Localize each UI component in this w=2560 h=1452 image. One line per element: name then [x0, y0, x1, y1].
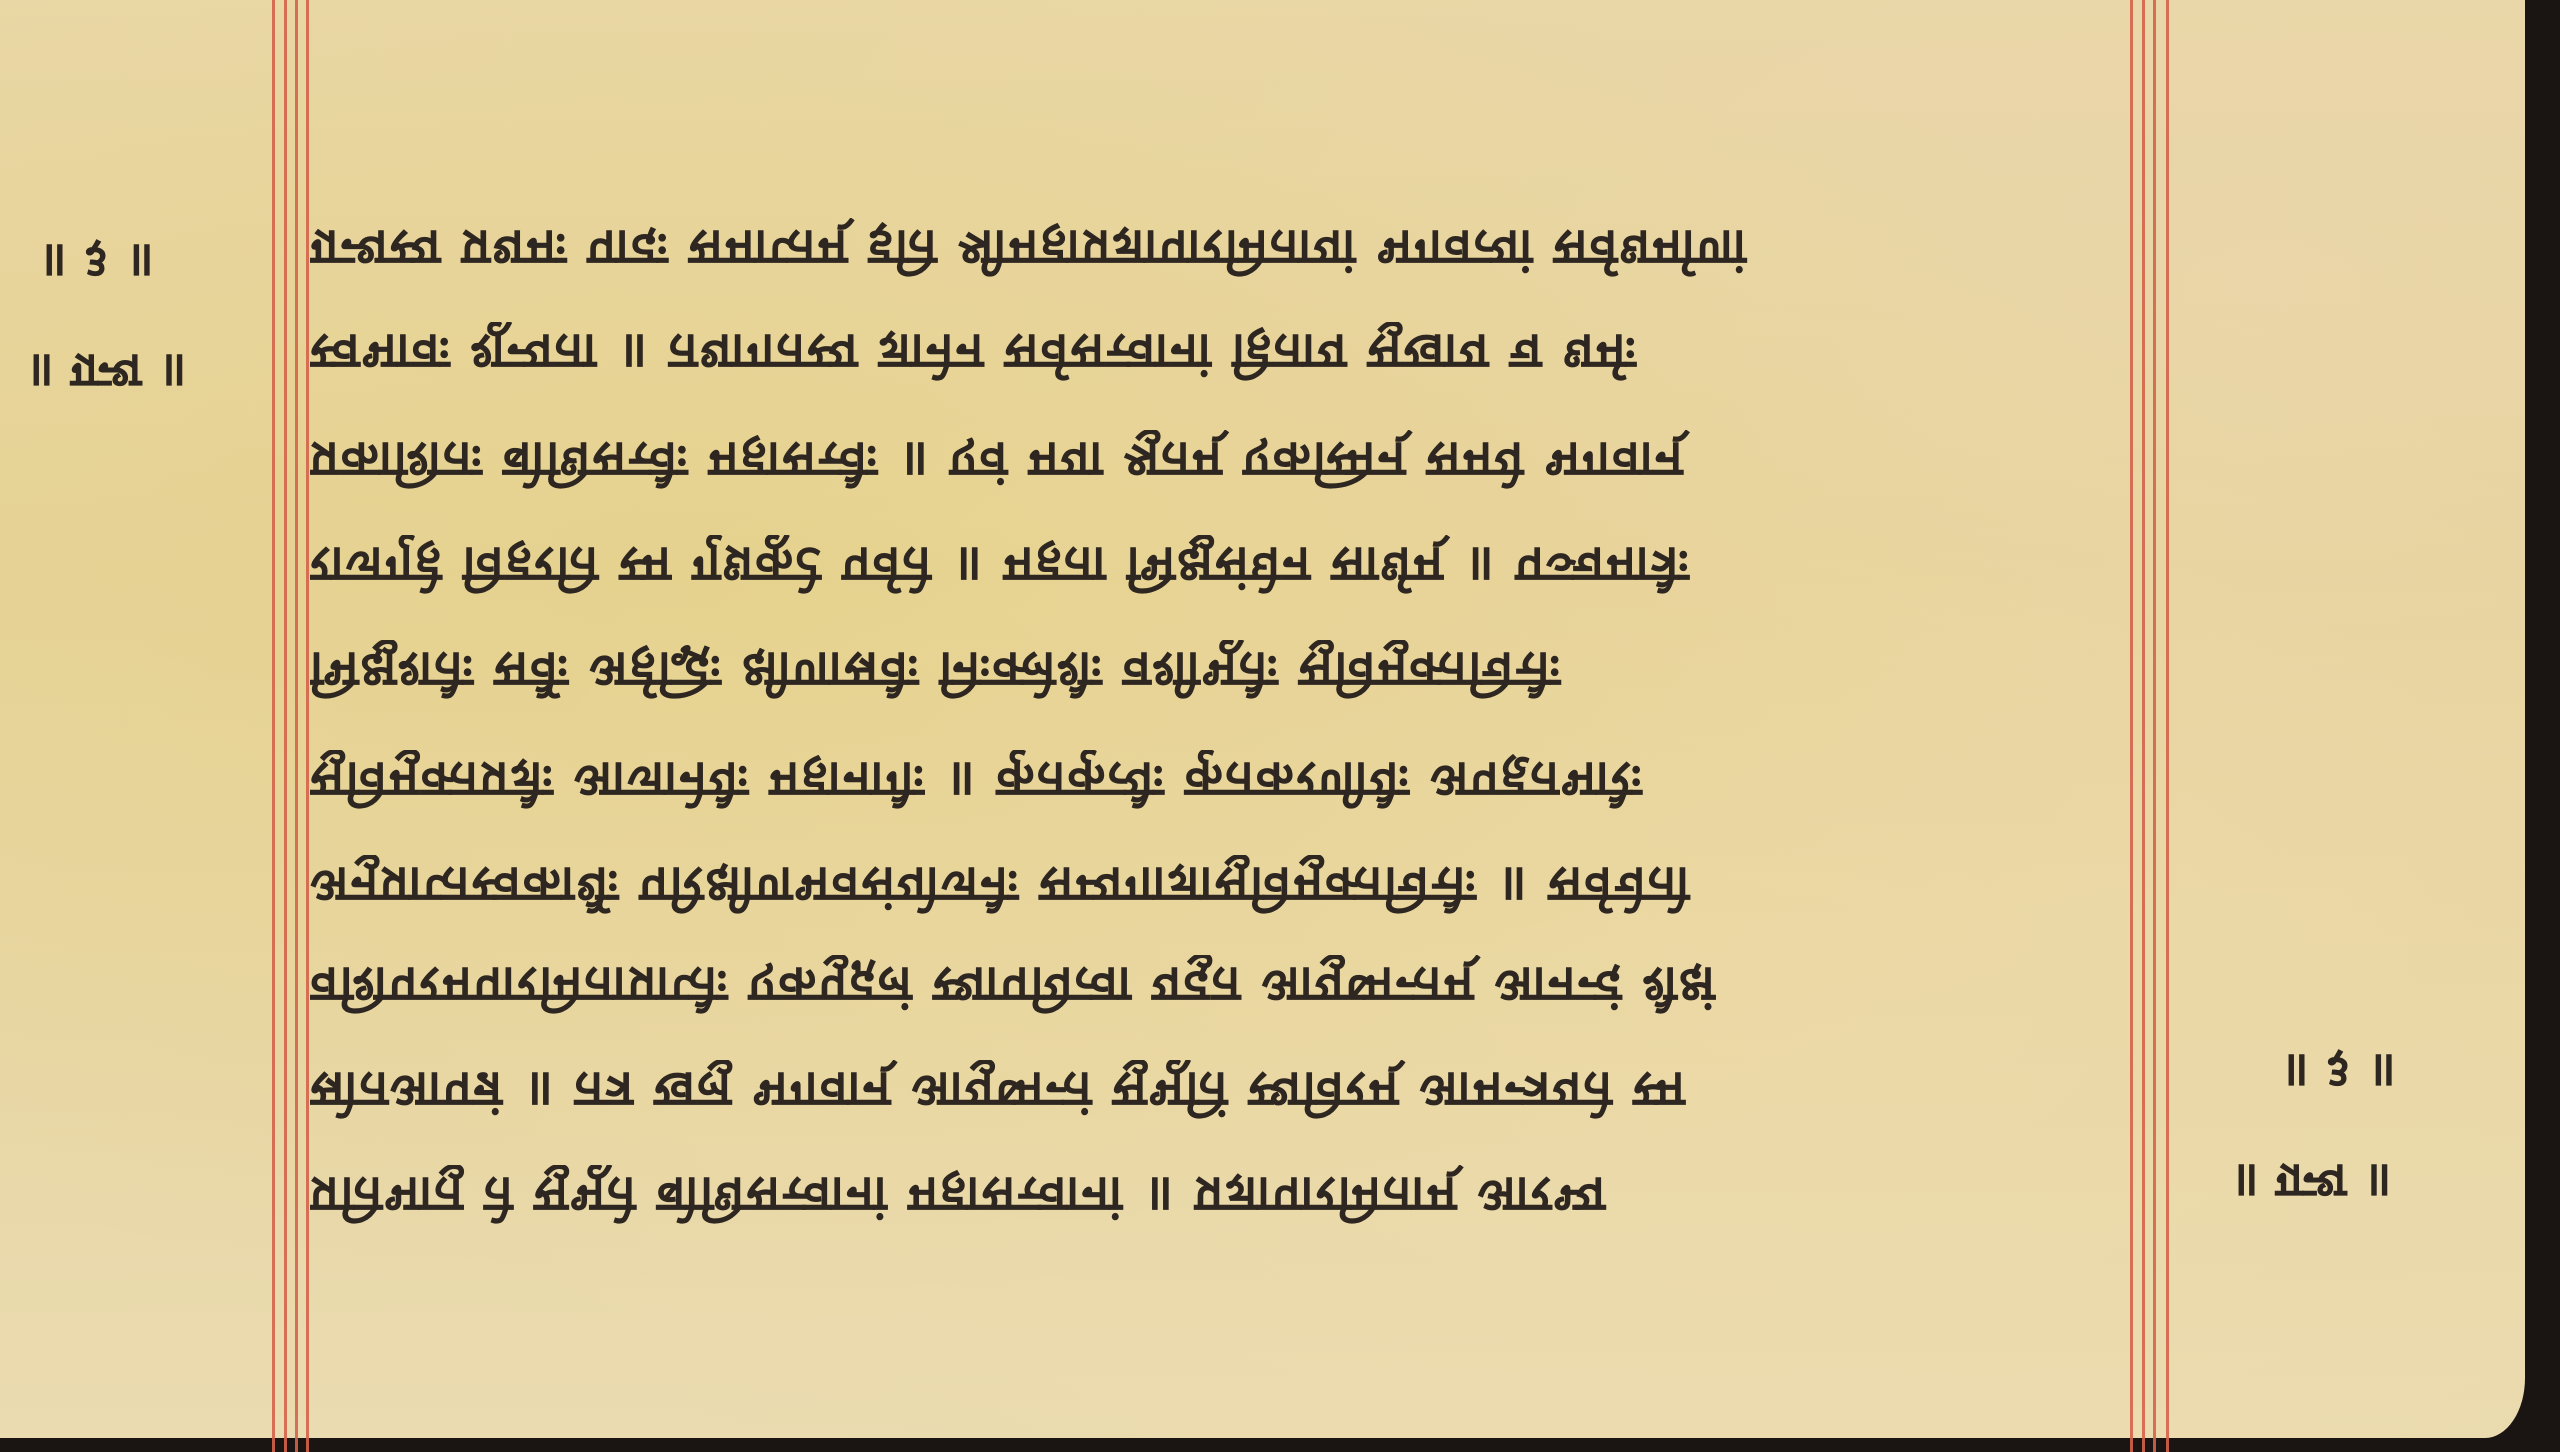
- right-rule-line: [2153, 0, 2156, 1452]
- right-rule-line: [2166, 0, 2169, 1452]
- text-line-2: स्वभावः शून्यता ॥ तथागतस्य ज्ञानेन सर्वस…: [310, 322, 2125, 382]
- left-rule-line: [272, 0, 275, 1452]
- right-margin-folio-number: ॥ ३ ॥: [2280, 1040, 2396, 1105]
- text-line-3: प्रकाशितः बोधिसत्त्वैः महासत्त्वैः ॥ एवं…: [310, 430, 2125, 490]
- left-margin-folio-number: ॥ ३ ॥: [38, 230, 154, 295]
- left-rule-line: [295, 0, 298, 1452]
- text-line-1: ग्रन्थस्य प्रथमः पादः समाप्तम् इति श्रीम…: [310, 218, 2125, 278]
- text-line-9: स्रोतआपन्नं ॥ तत्र खलु भगवान् आयुष्मन्तं…: [310, 1060, 2125, 1120]
- left-margin-title: ॥ ग्रन्थ ॥: [25, 340, 187, 405]
- text-line-5: भिक्षुशतैः सर्वैः अर्हद्भिः क्षीणास्रवैः…: [310, 640, 2125, 700]
- right-margin-title: ॥ ग्रन्थ ॥: [2230, 1150, 2392, 1215]
- left-rule-line: [306, 0, 309, 1452]
- text-line-4: राजगृहे विहरति स्म गृध्रकूटे पर्वते ॥ मह…: [310, 535, 2125, 595]
- text-line-10: प्रतिभातु ते सुभूते बोधिसत्त्वानां महासत…: [310, 1165, 2125, 1225]
- text-line-7: अनुप्राप्तस्वकार्थैः परिक्षीणभवसंयोजनैः …: [310, 855, 2125, 915]
- left-rule-line: [284, 0, 287, 1452]
- text-line-6: सुविमुक्तप्रज्ञैः आजानेयैः महानागैः ॥ कृ…: [310, 750, 2125, 810]
- right-rule-line: [2130, 0, 2133, 1452]
- right-rule-line: [2142, 0, 2145, 1452]
- text-line-8: वशिपरमपारमिताप्राप्तैः एकपुद्गलं स्थापयि…: [310, 955, 2125, 1015]
